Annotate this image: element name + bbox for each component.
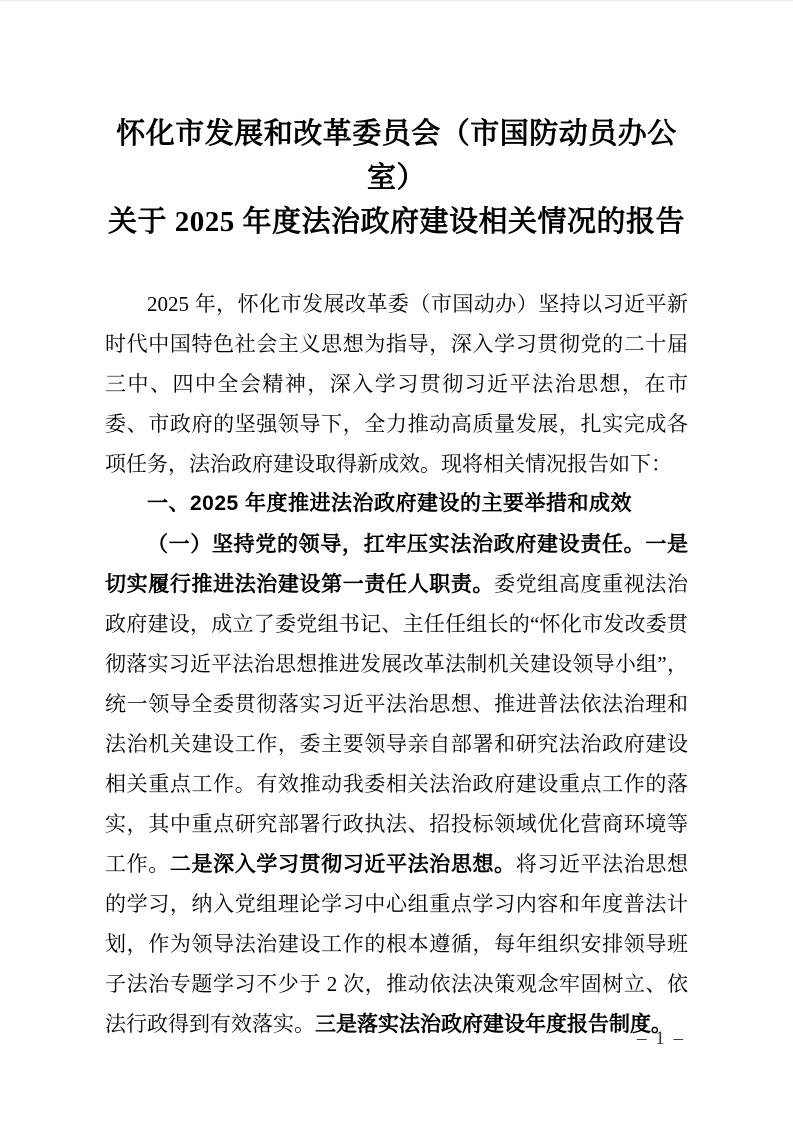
document-content: 怀化市发展和改革委员会（市国防动员办公室） 关于 2025 年度法治政府建设相关…	[105, 0, 688, 1044]
text-run-bold-study-thought: 二是深入学习贯彻习近平法治思想。	[170, 852, 516, 876]
subsection-1-paragraph: （一）坚持党的领导，扛牢压实法治政府建设责任。一是切实履行推进法治建设第一责任人…	[105, 524, 688, 1044]
document-body: 2025 年，怀化市发展改革委（市国动办）坚持以习近平新时代中国特色社会主义思想…	[105, 284, 688, 1044]
text-run-normal-study-plan: 将习近平法治思想的学习，纳入党组理论学习中心组重点学习内容和年度普法计划，作为领…	[105, 852, 688, 1036]
text-run-bold-annual-report: 三是落实法治政府建设年度报告制度。	[315, 1012, 672, 1036]
document-title: 怀化市发展和改革委员会（市国防动员办公室） 关于 2025 年度法治政府建设相关…	[105, 112, 688, 244]
document-page: 怀化市发展和改革委员会（市国防动员办公室） 关于 2025 年度法治政府建设相关…	[0, 0, 793, 1122]
page-number: – 1 –	[637, 1028, 685, 1050]
section-1-heading: 一、2025 年度推进法治政府建设的主要举措和成效	[105, 484, 688, 524]
document-title-line-2: 关于 2025 年度法治政府建设相关情况的报告	[105, 200, 688, 244]
document-title-line-1: 怀化市发展和改革委员会（市国防动员办公室）	[105, 112, 688, 200]
text-run-normal-party-group: 委党组高度重视法治政府建设，成立了委党组书记、主任任组长的“怀化市发改委贯彻落实…	[105, 572, 688, 876]
intro-paragraph: 2025 年，怀化市发展改革委（市国动办）坚持以习近平新时代中国特色社会主义思想…	[105, 284, 688, 484]
